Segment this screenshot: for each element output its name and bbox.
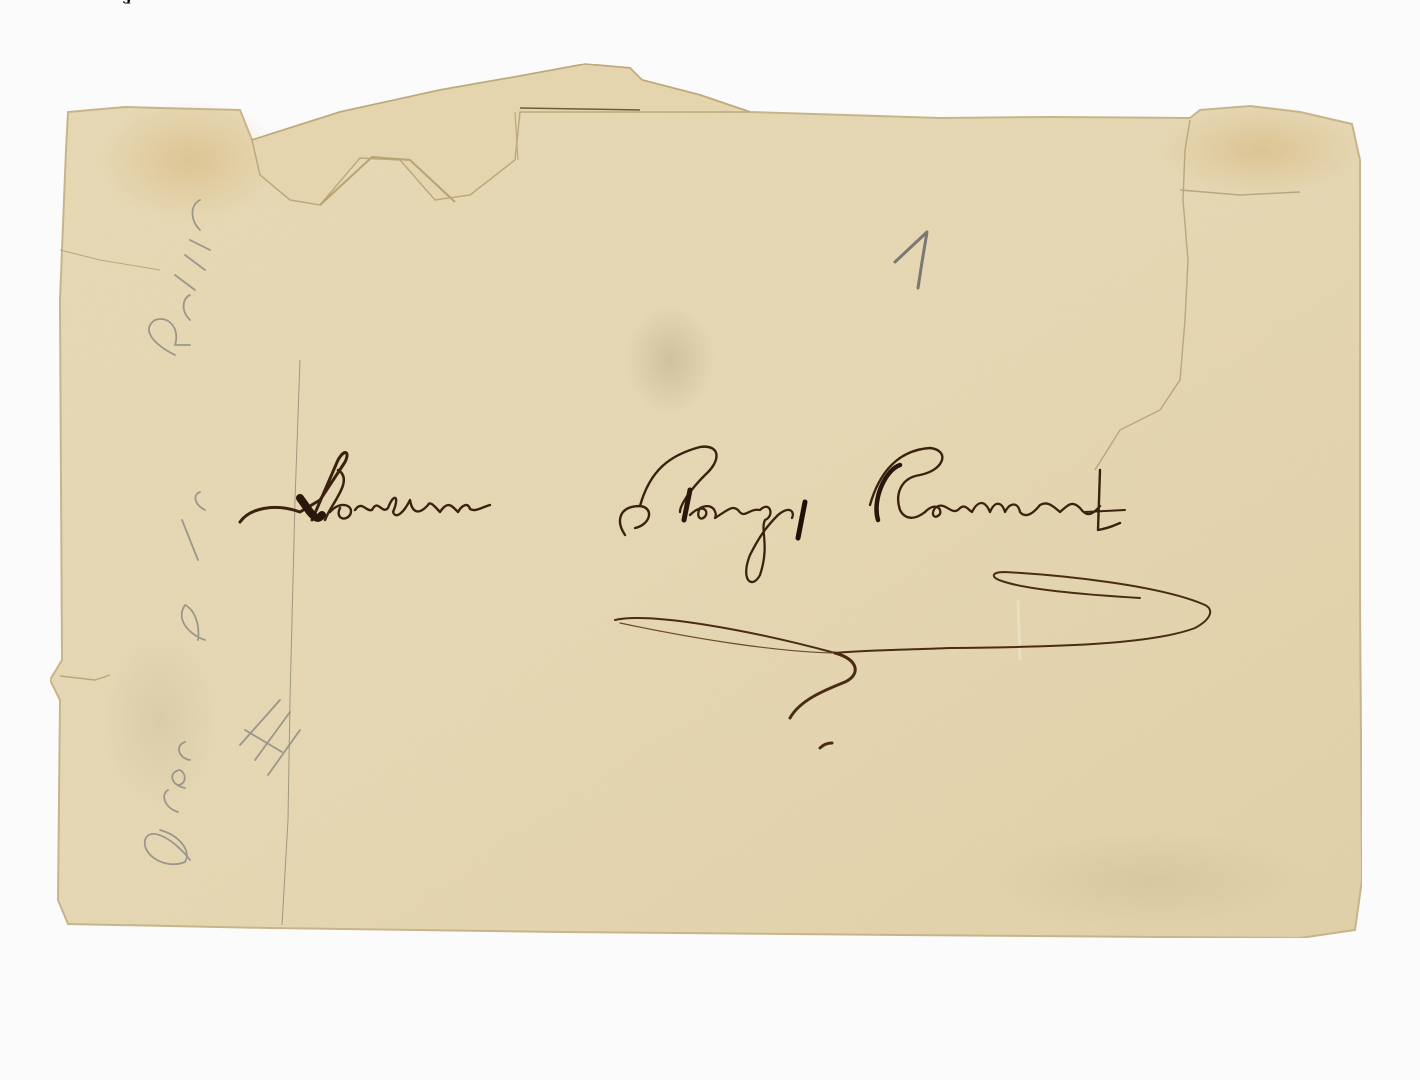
address-text: Monsieur Georges Cermont [0,0,226,4]
envelope-scan: 1 Place de la Chapelle [0,0,1420,1080]
envelope-paper [50,64,1362,938]
